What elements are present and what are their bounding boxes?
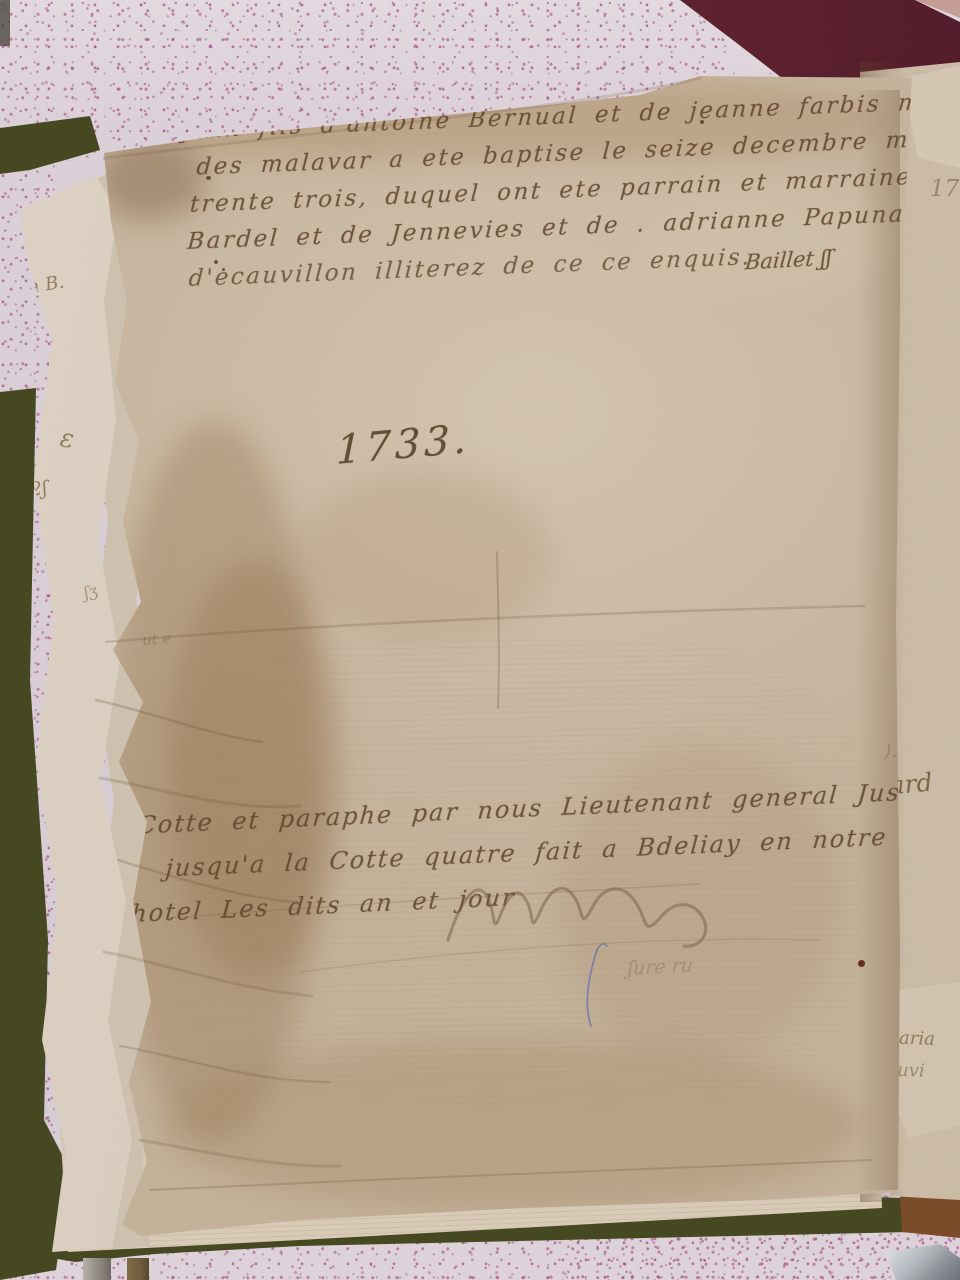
faint-note: ʃure ru [627, 954, 694, 980]
year-mark: 1733. [336, 416, 471, 474]
paper-stain [300, 470, 550, 640]
ink-blot [206, 176, 211, 180]
margin-paren: ). [884, 740, 897, 762]
main-page: jean fils d'antoine Bernual et de jeanne… [0, 0, 960, 1280]
table-leg-left [83, 1258, 111, 1280]
ink-blot [214, 260, 218, 264]
wax-spot [858, 960, 865, 967]
ink-blot [700, 120, 704, 124]
ink-blot [222, 268, 225, 271]
photo-of-register: Joh B. ε 2ʃ ʃʒ 17 ʃ ʃ ʃʃard maria Euvi j… [0, 0, 960, 1280]
stub-ink-slash: ʃʒ [82, 581, 100, 603]
table-leg-right [127, 1258, 149, 1280]
stub-ink-curl: ε [58, 423, 76, 455]
table-edge-sliver [0, 0, 10, 46]
right-page-number: 17 [930, 176, 959, 202]
entry-signature: Baillet ʃʃ [744, 246, 833, 275]
fold-mark-text: ut e [141, 629, 172, 649]
